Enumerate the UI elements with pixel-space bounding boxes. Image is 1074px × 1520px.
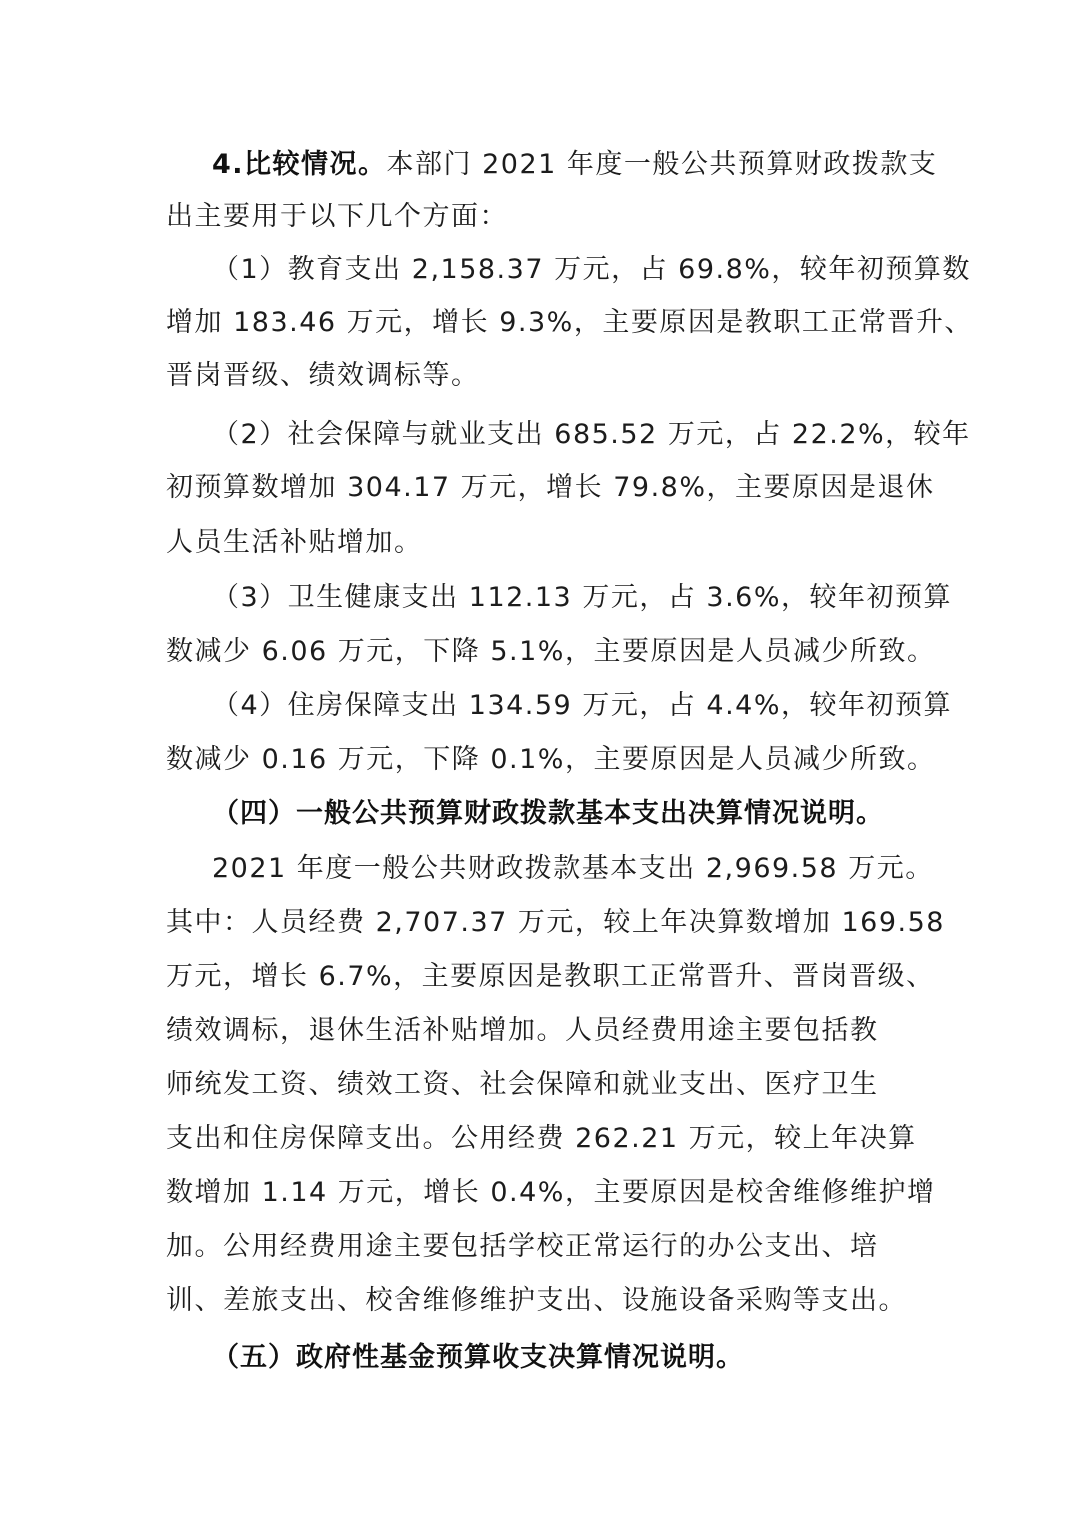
section-four-line: 2021 年度一般公共财政拨款基本支出 2,969.58 万元。 (212, 852, 934, 886)
section-four-heading: （四）一般公共预算财政拨款基本支出决算情况说明。 (212, 797, 884, 831)
section-4-title: 4.比较情况。 (212, 149, 387, 180)
item-4-line: （4）住房保障支出 134.59 万元，占 4.4%，较年初预算 (212, 689, 952, 723)
item-3-line: 数减少 6.06 万元，下降 5.1%，主要原因是人员减少所致。 (166, 635, 935, 669)
section-four-line: 师统发工资、绩效工资、社会保障和就业支出、医疗卫生 (166, 1068, 879, 1102)
item-1-line: 增加 183.46 万元，增长 9.3%，主要原因是教职工正常晋升、 (166, 306, 973, 340)
item-1-line: （1）教育支出 2,158.37 万元，占 69.8%，较年初预算数 (212, 253, 971, 287)
section-four-line: 数增加 1.14 万元，增长 0.4%，主要原因是校舍维修维护增 (166, 1176, 935, 1210)
item-3-line: （3）卫生健康支出 112.13 万元，占 3.6%，较年初预算 (212, 581, 952, 615)
paragraph-line: 4.比较情况。本部门 2021 年度一般公共预算财政拨款支 (212, 148, 937, 182)
item-2-line: 人员生活补贴增加。 (166, 526, 423, 560)
section-four-line: 加。公用经费用途主要包括学校正常运行的办公支出、培 (166, 1230, 879, 1264)
section-four-line: 绩效调标，退休生活补贴增加。人员经费用途主要包括教 (166, 1014, 879, 1048)
section-four-line: 训、差旅支出、校舍维修维护支出、设施设备采购等支出。 (166, 1284, 907, 1318)
section-4-text: 本部门 2021 年度一般公共预算财政拨款支 (387, 149, 938, 180)
item-2-line: 初预算数增加 304.17 万元，增长 79.8%，主要原因是退休 (166, 471, 935, 505)
document-page: 4.比较情况。本部门 2021 年度一般公共预算财政拨款支 出主要用于以下几个方… (0, 0, 1074, 1520)
section-four-line: 其中：人员经费 2,707.37 万元，较上年决算数增加 169.58 (166, 906, 945, 940)
item-2-line: （2）社会保障与就业支出 685.52 万元，占 22.2%，较年 (212, 418, 971, 452)
section-four-line: 支出和住房保障支出。公用经费 262.21 万元，较上年决算 (166, 1122, 917, 1156)
item-1-line: 晋岗晋级、绩效调标等。 (166, 359, 480, 393)
paragraph-line: 出主要用于以下几个方面： (166, 200, 508, 234)
item-4-line: 数减少 0.16 万元，下降 0.1%，主要原因是人员减少所致。 (166, 743, 935, 777)
section-four-line: 万元，增长 6.7%，主要原因是教职工正常晋升、晋岗晋级、 (166, 960, 935, 994)
section-five-heading: （五）政府性基金预算收支决算情况说明。 (212, 1341, 744, 1375)
